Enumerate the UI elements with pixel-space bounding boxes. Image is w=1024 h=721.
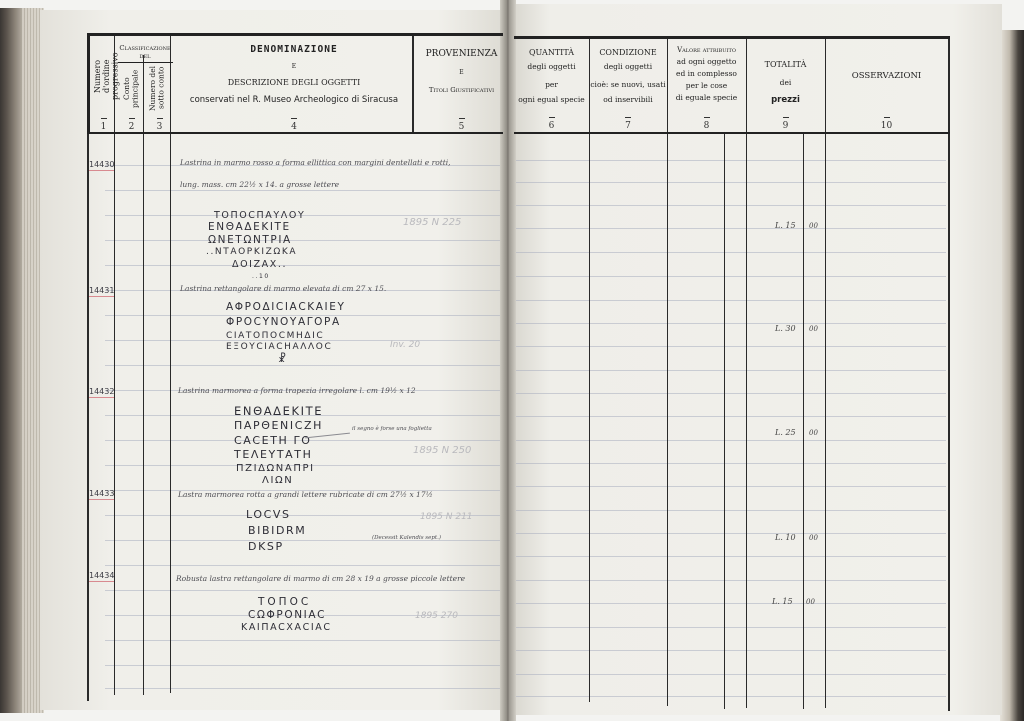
col4-number: 4 <box>173 118 415 132</box>
annotation-note: (Decessit Kalendis sept.) <box>372 535 441 541</box>
entry-number: 14430 <box>89 160 114 171</box>
inscription-line: ΕΝΘΑΔΕΚΙΤΕ <box>234 405 323 419</box>
inscription-line: ϹΑϹΕΤΗ ΓΟ <box>234 434 312 448</box>
chi-rho-symbol: ☧ <box>278 353 288 367</box>
provenance-note: 1895 N 225 <box>403 217 461 228</box>
annotation-note: il segno è forse una foglietta <box>352 426 432 432</box>
col2-number: 2 <box>117 118 146 132</box>
price: L. 1500 <box>775 221 796 230</box>
provenance-note: 1895 N 250 <box>413 445 471 456</box>
col6-number: 6 <box>514 117 589 131</box>
book-left-edge <box>0 8 44 713</box>
inscription-line: BIBIDRM <box>248 524 306 538</box>
price: L. 1500 <box>772 597 793 606</box>
col3-number: 3 <box>146 118 173 132</box>
inscription-line: ΚΑΙΠΑϹΧΑϹΙΑϹ <box>241 621 332 635</box>
entry-description: Lastrina in marmo rosso a forma ellittic… <box>180 158 451 167</box>
col1-header: Numero d'ordine progressivo <box>94 42 114 110</box>
entry-number: 14432 <box>89 387 114 398</box>
col8-number: 8 <box>667 117 746 131</box>
provenance-note: Inv. 20 <box>390 340 420 350</box>
provenance-note: 1895 270 <box>415 611 458 621</box>
inscription-line: ΦΡΟϹΥΝΟΥΑΓΟΡΑ <box>226 316 341 330</box>
provenance-note: 1895 N 211 <box>420 512 473 522</box>
entry-number: 14431 <box>89 286 114 297</box>
price: L. 3000 <box>775 324 796 333</box>
col9-number: 9 <box>746 117 825 131</box>
inscription-line: DKSP <box>248 540 284 554</box>
col7-number: 7 <box>589 117 667 131</box>
inscription-line: ..10 <box>252 270 270 284</box>
entry-number: 14434 <box>89 571 114 582</box>
inscription-line: ΑΦΡΟΔΙϹΙΑϹΚΑΙΕΥ <box>226 301 345 315</box>
inscription-line: ΕΝΘΑΔΕΚΙΤΕ <box>208 221 291 235</box>
col5-number: 5 <box>417 118 506 132</box>
left-header: Numero d'ordine progressivo 1 Classifica… <box>87 33 503 134</box>
entry-description-2: lung. mass. cm 22½ x 14. a grosse letter… <box>180 180 339 189</box>
col4-title: DENOMINAZIONE <box>173 44 415 57</box>
col4-subtitle: DESCRIZIONE DEGLI OGGETTI <box>173 78 415 89</box>
inscription-line: ΛΙΩΝ <box>262 474 293 488</box>
book-right-edge <box>1000 30 1024 721</box>
entry-description: Lastrina rettangolare di marmo elevata d… <box>180 284 386 293</box>
classification-header: Classificazione del <box>117 36 173 56</box>
col4-museum: conservati nel R. Museo Archeologico di … <box>173 95 415 106</box>
entry-description: Lastrina marmorea a forma trapezia irreg… <box>178 386 416 395</box>
col1-number: 1 <box>90 118 117 132</box>
inscription-line: ΤΟΠΟϹ <box>258 596 311 610</box>
col2-header: Conto principale <box>123 66 143 112</box>
entry-number: 14433 <box>89 489 114 500</box>
price: L. 1000 <box>775 533 796 542</box>
entry-description: Lastra marmorea rotta a grandi lettere r… <box>178 490 433 499</box>
inscription-line: ΠΑΡΘΕΝΙϹΖΗ <box>234 419 323 433</box>
inscription-line: LOCVS <box>246 508 291 522</box>
entry-description: Robusta lastra rettangolare di marmo di … <box>176 574 465 583</box>
right-header: QUANTITÀ degli oggetti per ogni egual sp… <box>514 36 950 134</box>
inscription-line: ΤΕΛΕΥΤΑΤΗ <box>234 448 313 462</box>
col3-header: Numero del sotto conto <box>149 64 171 112</box>
price: L. 2500 <box>775 428 796 437</box>
col10-number: 10 <box>825 117 948 131</box>
